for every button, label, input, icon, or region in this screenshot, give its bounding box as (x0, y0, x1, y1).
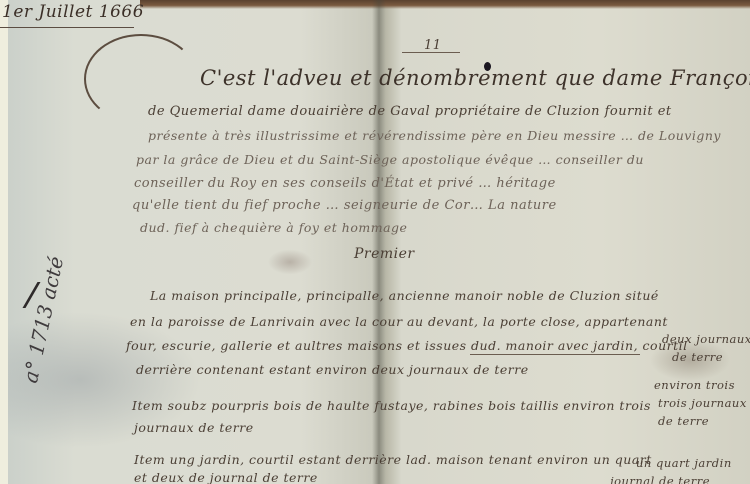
heading-line-5: conseiller du Roy en ses conseils d'État… (134, 176, 556, 191)
margin-right-4: trois journaux (658, 396, 747, 410)
section-title: Premier (354, 246, 415, 262)
margin-right-3: environ trois (654, 378, 735, 392)
heading-line-4: par la grâce de Dieu et du Saint-Siège a… (136, 152, 644, 167)
body-line-4: derrière contenant estant environ deux j… (136, 362, 529, 377)
date-underline (0, 27, 134, 28)
heading-line-2: de Quemerial dame douairière de Gaval pr… (148, 104, 672, 119)
heading-line-3: présente à très illustrissime et révéren… (148, 128, 721, 143)
body-line-1: La maison principalle, principalle, anci… (150, 288, 659, 303)
photo-border (0, 0, 8, 484)
margin-right-6: un quart jardin (636, 456, 732, 470)
margin-right-5: de terre (658, 414, 709, 428)
body-line-3: four, escurie, gallerie et aultres maiso… (126, 338, 688, 353)
margin-right-2: de terre (672, 350, 723, 364)
heading-line-7: dud. fief à chequière à foy et hommage (140, 220, 407, 235)
heading-line-1: C'est l'adveu et dénombrement que dame F… (200, 66, 750, 90)
body-line-8: et deux de journal de terre (134, 470, 318, 484)
date-header: 1er Juillet 1666 (2, 2, 144, 22)
heading-line-6: qu'elle tient du fief proche … seigneuri… (132, 198, 557, 213)
body-line-7: Item ung jardin, courtil estant derrière… (134, 452, 652, 467)
margin-right-7: journal de terre (610, 474, 710, 484)
line-filler-rule (470, 354, 640, 355)
body-line-5: Item soubz pourpris bois de haulte fusta… (132, 398, 651, 413)
body-line-6: journaux de terre (134, 420, 254, 435)
folio-number: 11 (424, 38, 442, 53)
folio-rule (402, 52, 460, 53)
margin-right-1: deux journaux (662, 332, 750, 346)
body-line-2: en la paroisse de Lanrivain avec la cour… (130, 314, 668, 329)
manuscript-page: 1er Juillet 1666 11 C'est l'adveu et dén… (0, 0, 750, 484)
margin-left-note: a° 1713 acté (18, 254, 68, 385)
binding-edge (140, 0, 750, 9)
